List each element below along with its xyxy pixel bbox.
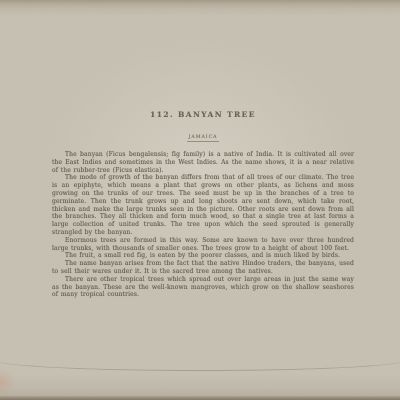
paragraph-6: There are other tropical trees which spr…	[52, 276, 354, 299]
page-title: 112. BANYAN TREE	[52, 110, 354, 119]
paragraph-5: The name banyan arises from the fact tha…	[52, 260, 354, 276]
paragraph-1: The banyan (Ficus bengalensis; fig famil…	[52, 151, 354, 174]
page-crease-line	[0, 358, 400, 371]
paragraph-2: The mode of growth of the banyan differs…	[52, 174, 354, 236]
paragraph-3: Enormous trees are formed in this way. S…	[52, 237, 354, 253]
body-text: The banyan (Ficus bengalensis; fig famil…	[52, 151, 354, 299]
paragraph-4: The fruit, a small red fig, is eaten by …	[52, 252, 354, 260]
page-subtitle-row: JAMAICA	[52, 123, 354, 142]
page-text-block: 112. BANYAN TREE JAMAICA The banyan (Fic…	[52, 110, 354, 299]
page-subtitle: JAMAICA	[187, 135, 220, 142]
page-bottom-edge-shadow	[0, 396, 400, 400]
paper-smudge	[0, 368, 16, 396]
scanned-book-page: 112. BANYAN TREE JAMAICA The banyan (Fic…	[0, 0, 400, 400]
